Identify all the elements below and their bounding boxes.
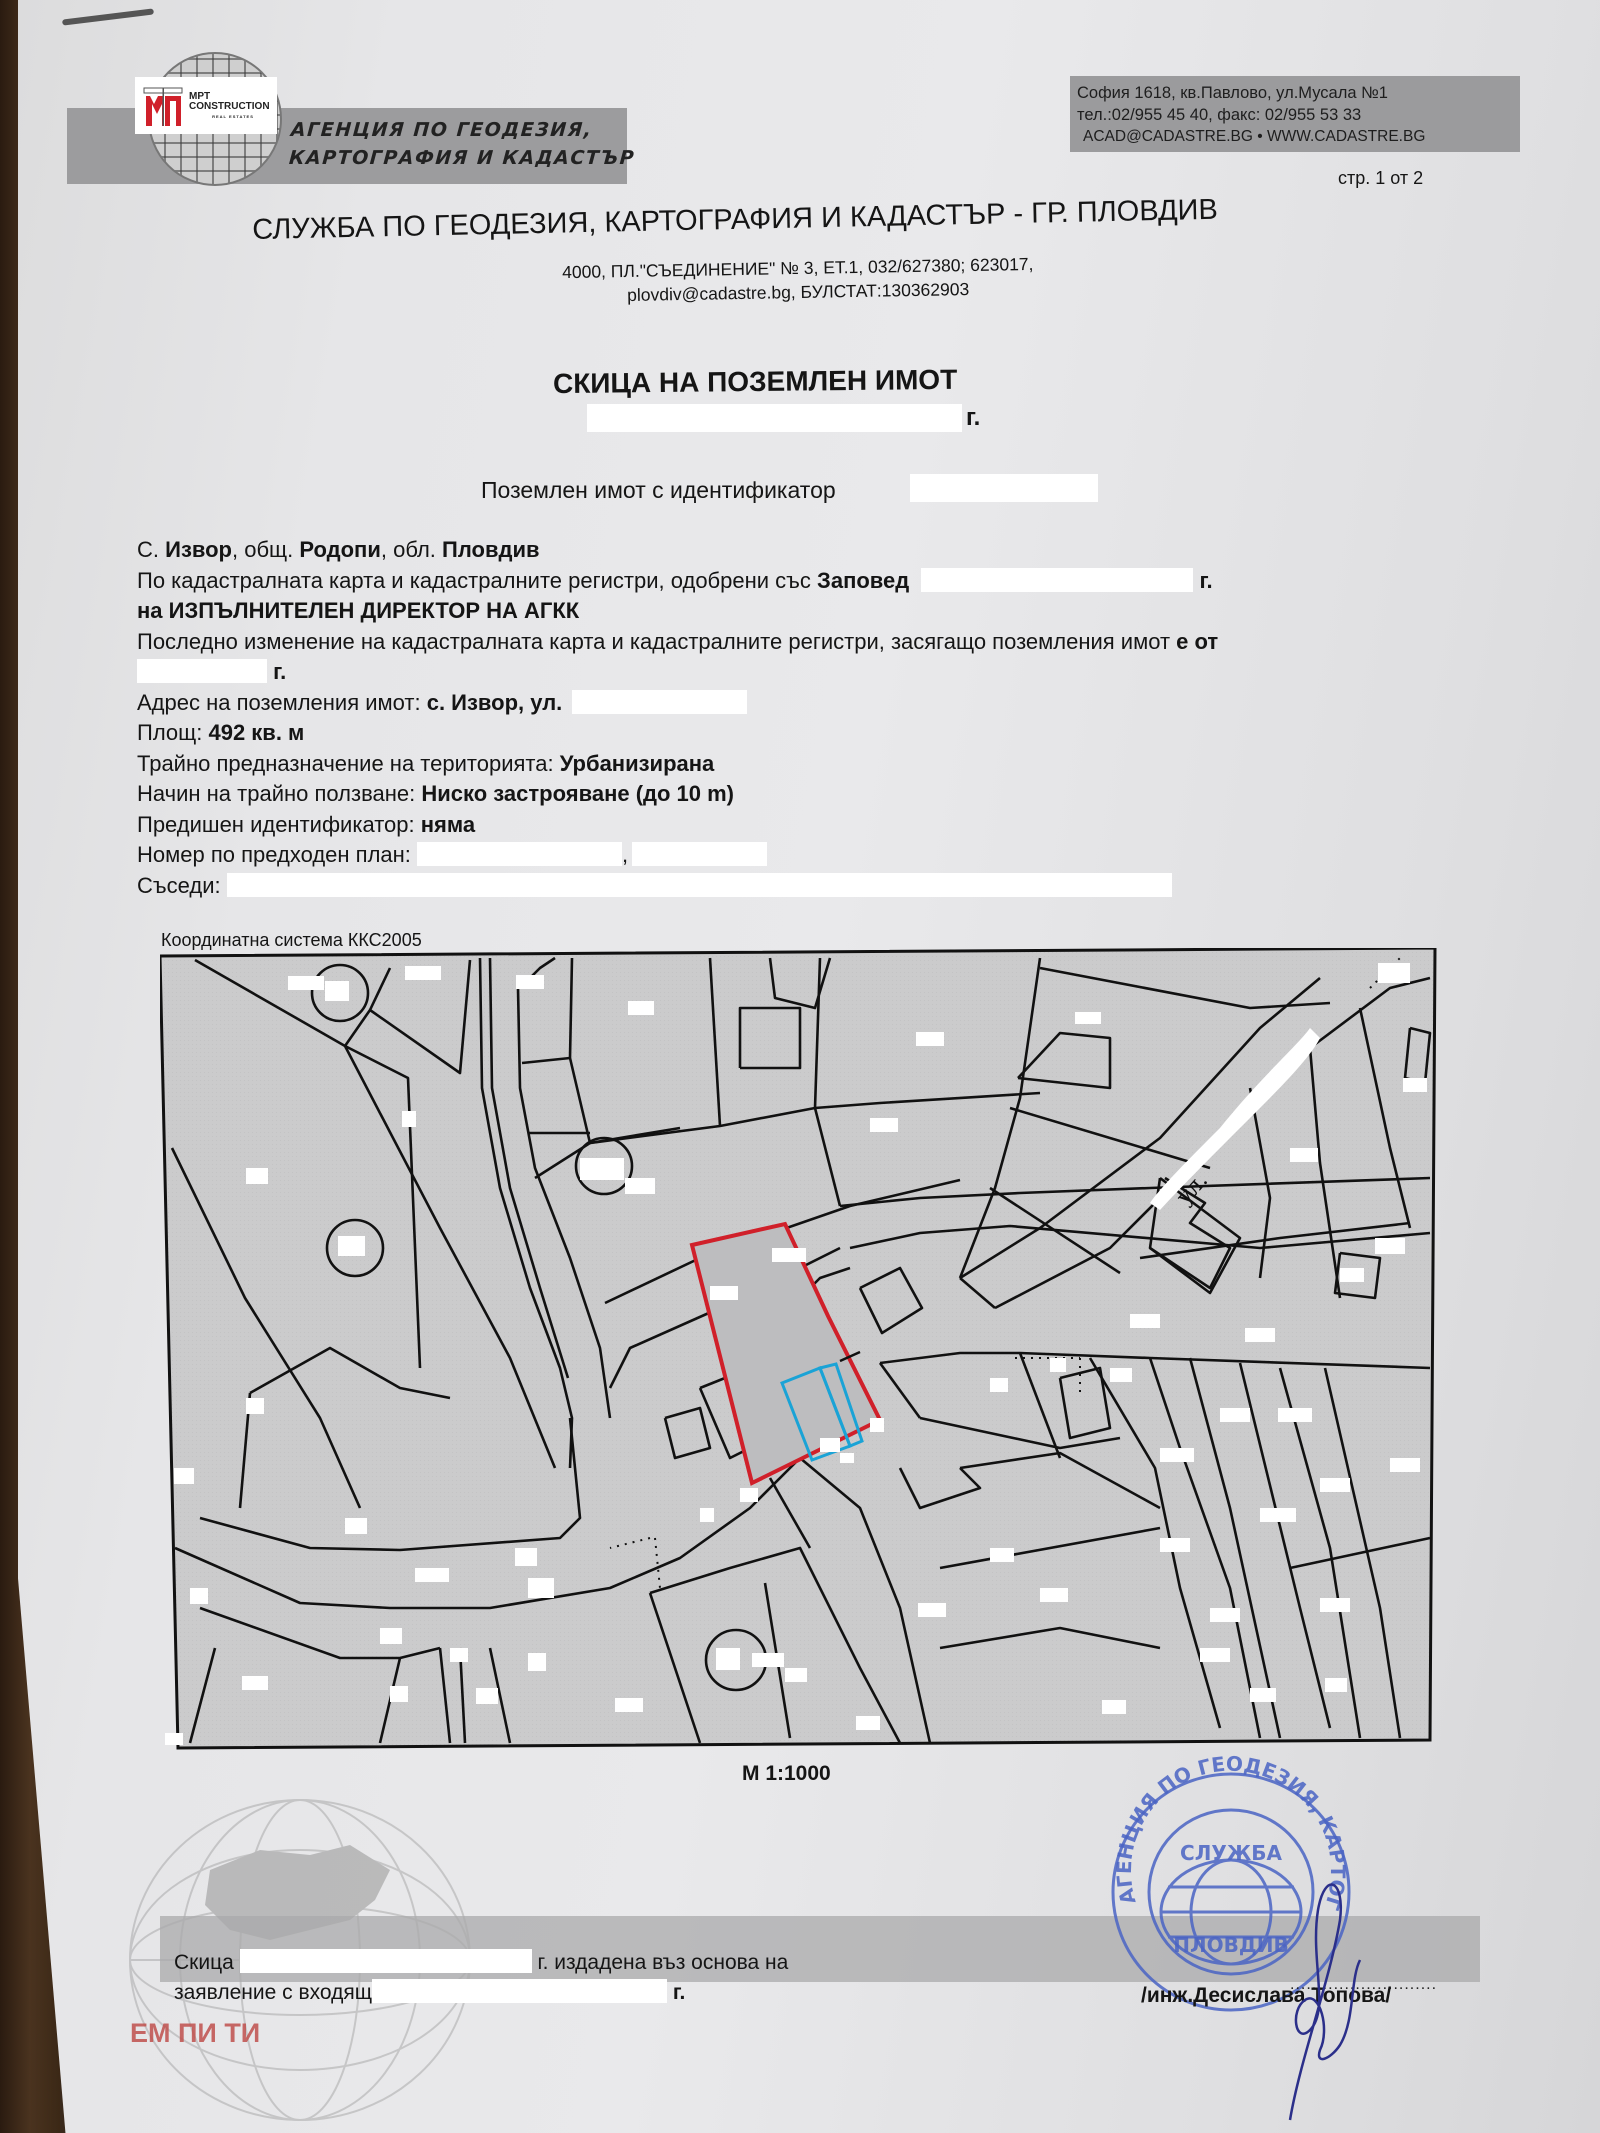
order-suffix: г. (1199, 568, 1212, 593)
sketch-label: Скица (174, 1951, 234, 1974)
last-change-bold: е от (1176, 629, 1218, 654)
location-prefix: С. (137, 537, 165, 562)
application-suffix: г. (673, 1981, 685, 2004)
redacted-order-number (921, 568, 1193, 592)
map-scale: М 1:1000 (742, 1762, 831, 1786)
address-row: Адрес на поземления имот: с. Извор, ул. (137, 688, 1218, 719)
region-label: , обл. (381, 537, 442, 562)
mpt-logo-icon (143, 84, 183, 128)
redacted-sketch-number (240, 1949, 532, 1973)
purpose-row: Трайно предназначение на територията: Ур… (137, 749, 1218, 780)
issued-text: г. издадена въз основа на (537, 1951, 788, 1974)
usage-label: Начин на трайно ползване: (137, 781, 421, 806)
order-authority-row: на ИЗПЪЛНИТЕЛЕН ДИРЕКТОР НА АГКК (137, 596, 1218, 627)
footer-statement: Скица г. издадена въз основа на заявлени… (174, 1948, 788, 2008)
municipality: Родопи (299, 537, 381, 562)
redacted-application-number (372, 1979, 667, 2003)
footer-line2: заявление с входящ г. (174, 1978, 788, 2008)
order-text: По кадастралната карта и кадастралните р… (137, 568, 817, 593)
village: Извор (165, 537, 232, 562)
neighbours-label: Съседи: (137, 873, 227, 898)
previous-id-value: няма (421, 812, 475, 837)
redacted-date (587, 404, 962, 432)
agency-phone: тел.:02/955 45 40, факс: 02/955 53 33 (1077, 104, 1425, 126)
agency-name-line2: КАРТОГРАФИЯ И КАДАСТЪР (288, 144, 636, 172)
purpose-value: Урбанизирана (560, 751, 715, 776)
identifier-label: Поземлен имот с идентификатор (481, 477, 836, 504)
mpt-brand-subtitle: REAL ESTATES (189, 115, 277, 119)
address-value: с. Извор, ул. (427, 690, 563, 715)
order-label: Заповед (817, 568, 909, 593)
footer-line1: Скица г. издадена въз основа на (174, 1948, 788, 1978)
redacted-last-change-date (137, 659, 267, 683)
mpt-watermark: ЕМ ПИ ТИ (130, 2018, 260, 2049)
usage-value: Ниско застрояване (до 10 m) (421, 781, 734, 806)
previous-plan-row: Номер по предходен план: , (137, 840, 1218, 871)
document-title: СКИЦА НА ПОЗЕМЛЕН ИМОТ (553, 364, 958, 400)
previous-plan-label: Номер по предходен план: (137, 842, 417, 867)
cadastral-map: ул. (160, 948, 1438, 1750)
agency-name: АГЕНЦИЯ ПО ГЕОДЕЗИЯ, КАРТОГРАФИЯ И КАДАС… (288, 116, 638, 172)
redacted-previous-plan-1 (417, 842, 622, 866)
area-label: Площ: (137, 720, 208, 745)
title-date-suffix: г. (966, 404, 980, 432)
mpt-construction-logo: MPT CONSTRUCTION REAL ESTATES (135, 77, 277, 134)
area-row: Площ: 492 кв. м (137, 718, 1218, 749)
order-authority: на ИЗПЪЛНИТЕЛЕН ДИРЕКТОР НА АГКК (137, 598, 579, 623)
municipality-label: , общ. (232, 537, 299, 562)
usage-row: Начин на трайно ползване: Ниско застрояв… (137, 779, 1218, 810)
redacted-previous-plan-2 (632, 842, 767, 866)
property-info: С. Извор, общ. Родопи, обл. Пловдив По к… (137, 535, 1218, 901)
address-label: Адрес на поземления имот: (137, 690, 427, 715)
last-change-suffix: г. (273, 659, 286, 684)
previous-id-label: Предишен идентификатор: (137, 812, 421, 837)
location-row: С. Извор, общ. Родопи, обл. Пловдив (137, 535, 1218, 566)
last-change-date-row: г. (137, 657, 1218, 688)
previous-plan-separator: , (622, 842, 628, 867)
agency-contact: София 1618, кв.Павлово, ул.Мусала №1 тел… (1077, 82, 1425, 148)
agency-address: София 1618, кв.Павлово, ул.Мусала №1 (1077, 82, 1425, 104)
page-indicator: стр. 1 от 2 (1338, 168, 1423, 189)
region: Пловдив (442, 537, 539, 562)
last-change-text: Последно изменение на кадастралната карт… (137, 629, 1176, 654)
cadastral-map-drawing: ул. (160, 948, 1438, 1750)
neighbours-row: Съседи: (137, 871, 1218, 902)
order-row: По кадастралната карта и кадастралните р… (137, 566, 1218, 597)
application-label: заявление с входящ (174, 1981, 372, 2004)
redacted-neighbours (227, 873, 1172, 897)
previous-id-row: Предишен идентификатор: няма (137, 810, 1218, 841)
mpt-brand-name: MPT CONSTRUCTION (189, 92, 277, 112)
last-change-row: Последно изменение на кадастралната карт… (137, 627, 1218, 658)
redacted-identifier (910, 474, 1098, 502)
agency-name-line1: АГЕНЦИЯ ПО ГЕОДЕЗИЯ, (290, 116, 638, 144)
stamp-center-top: СЛУЖБА (1180, 1841, 1282, 1865)
agency-web: ACAD@CADASTRE.BG • WWW.CADASTRE.BG (1083, 126, 1425, 148)
purpose-label: Трайно предназначение на територията: (137, 751, 560, 776)
area-value: 492 кв. м (208, 720, 304, 745)
redacted-street (572, 690, 747, 714)
signature-icon (1270, 1860, 1380, 2130)
